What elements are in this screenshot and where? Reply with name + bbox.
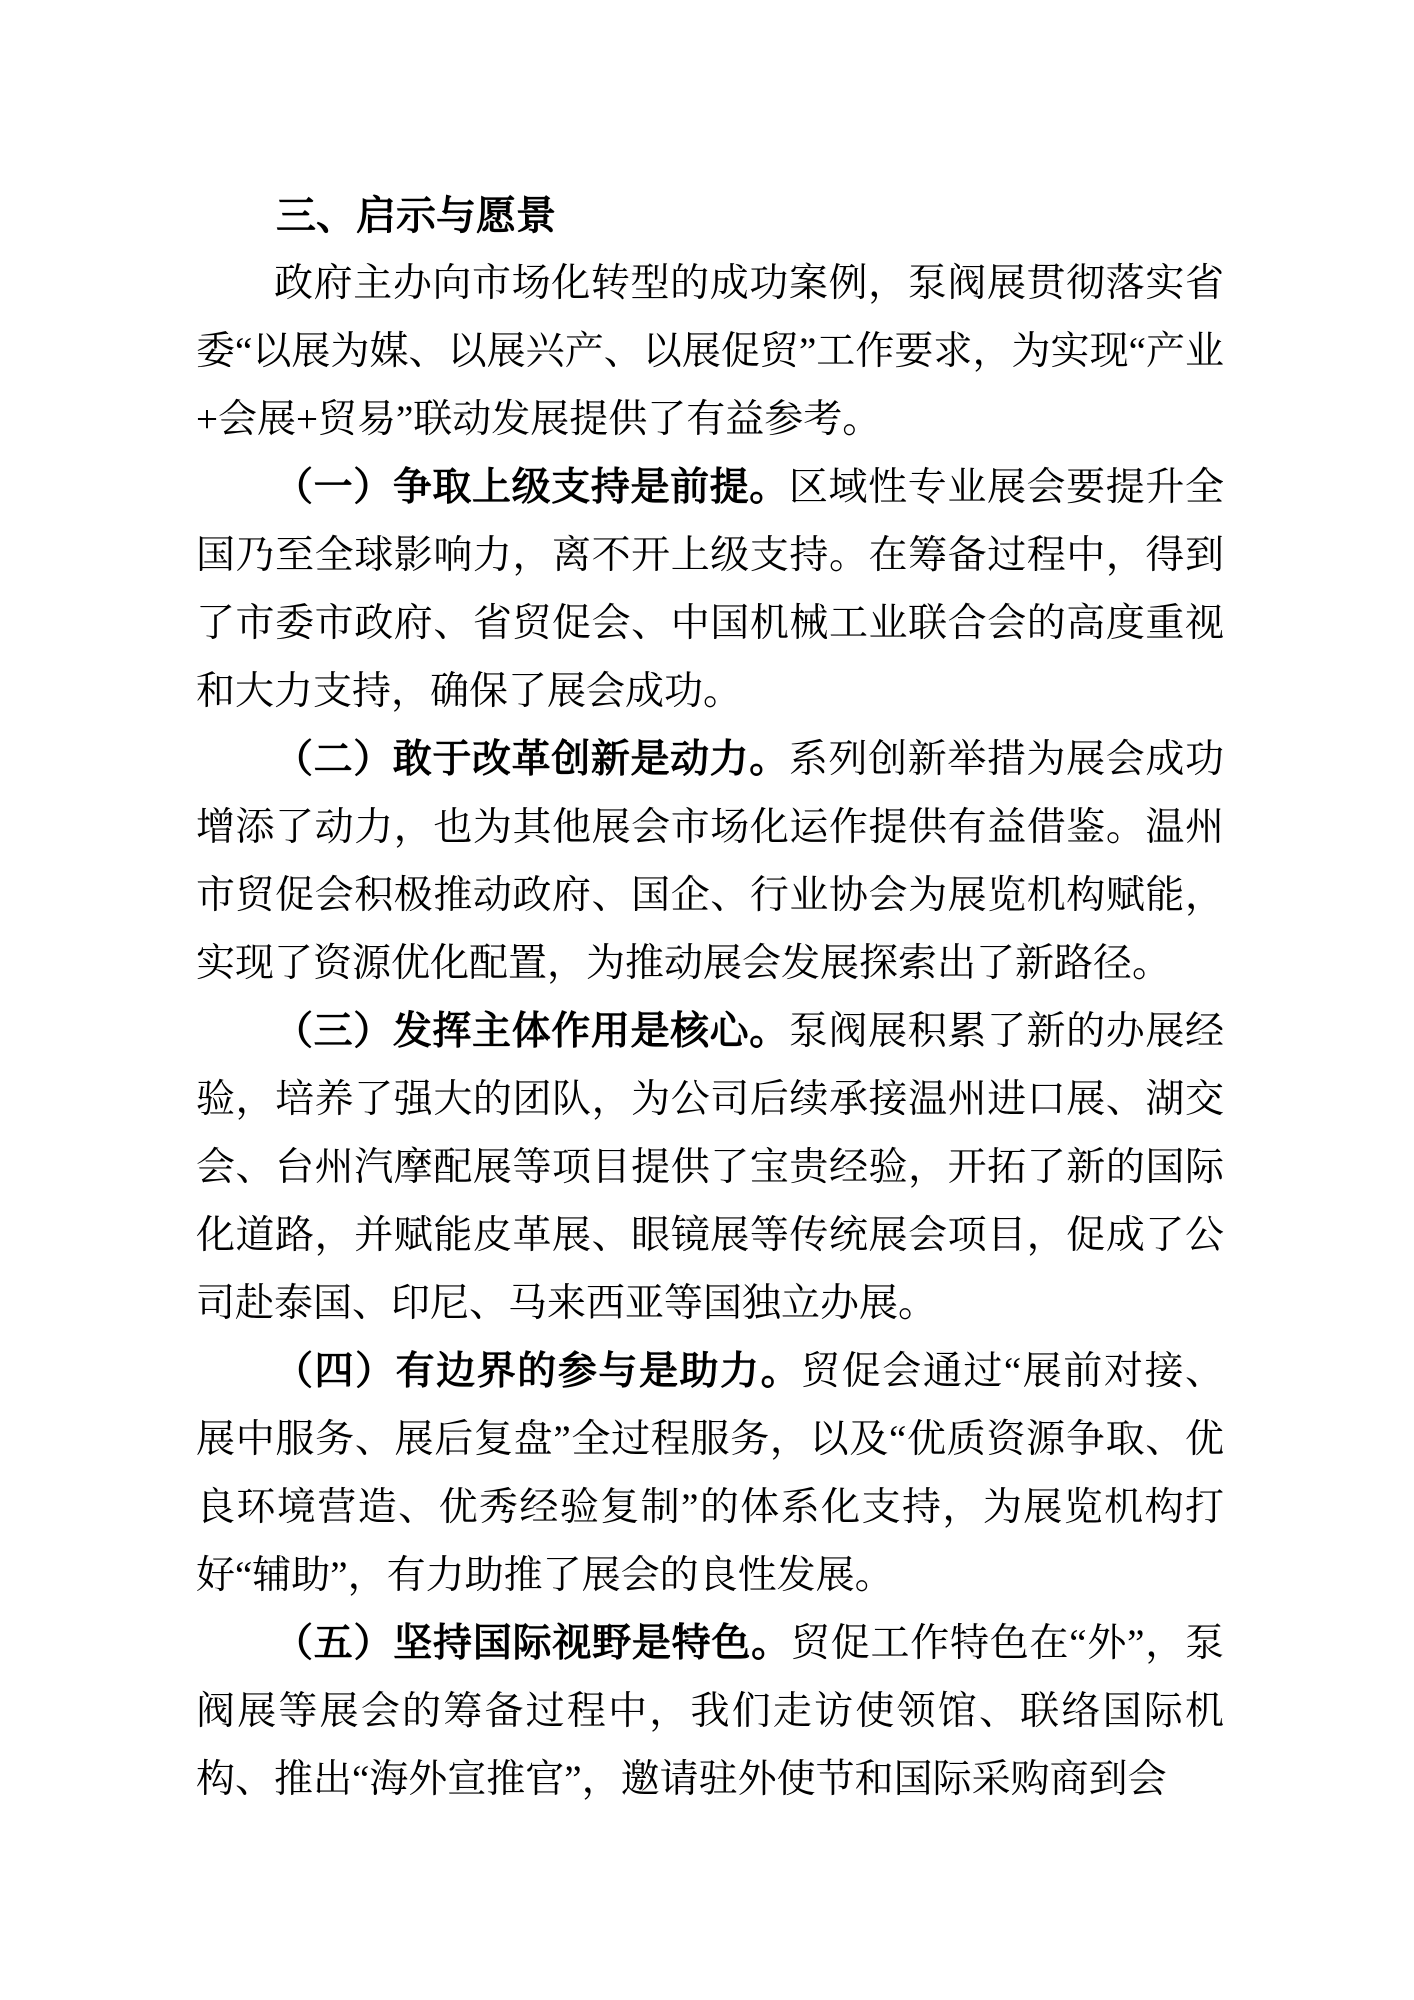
- paragraph-lead: （二）敢于改革创新是动力。: [274, 738, 789, 781]
- paragraph-point-4: （四）有边界的参与是助力。贸促会通过“展前对接、展中服务、展后复盘”全过程服务，…: [196, 1338, 1224, 1610]
- paragraph-intro: 政府主办向市场化转型的成功案例，泵阀展贯彻落实省委“以展为媒、以展兴产、以展促贸…: [196, 250, 1224, 454]
- paragraph-point-5: （五）坚持国际视野是特色。贸促工作特色在“外”，泵阀展等展会的筹备过程中，我们走…: [196, 1610, 1224, 1814]
- paragraph-lead: （四）有边界的参与是助力。: [274, 1350, 801, 1393]
- document-page: 三、启示与愿景 政府主办向市场化转型的成功案例，泵阀展贯彻落实省委“以展为媒、以…: [0, 0, 1414, 2000]
- paragraph-lead: （一）争取上级支持是前提。: [274, 466, 789, 509]
- paragraph-point-2: （二）敢于改革创新是动力。系列创新举措为展会成功增添了动力，也为其他展会市场化运…: [196, 726, 1224, 998]
- paragraph-body: 政府主办向市场化转型的成功案例，泵阀展贯彻落实省委“以展为媒、以展兴产、以展促贸…: [196, 262, 1224, 441]
- paragraph-lead: （五）坚持国际视野是特色。: [274, 1622, 791, 1665]
- paragraph-lead: （三）发挥主体作用是核心。: [274, 1010, 789, 1053]
- paragraph-body: 泵阀展积累了新的办展经验，培养了强大的团队，为公司后续承接温州进口展、湖交会、台…: [196, 1010, 1224, 1325]
- paragraph-point-3: （三）发挥主体作用是核心。泵阀展积累了新的办展经验，培养了强大的团队，为公司后续…: [196, 998, 1224, 1338]
- section-heading: 三、启示与愿景: [196, 182, 1224, 250]
- paragraph-point-1: （一）争取上级支持是前提。区域性专业展会要提升全国乃至全球影响力，离不开上级支持…: [196, 454, 1224, 726]
